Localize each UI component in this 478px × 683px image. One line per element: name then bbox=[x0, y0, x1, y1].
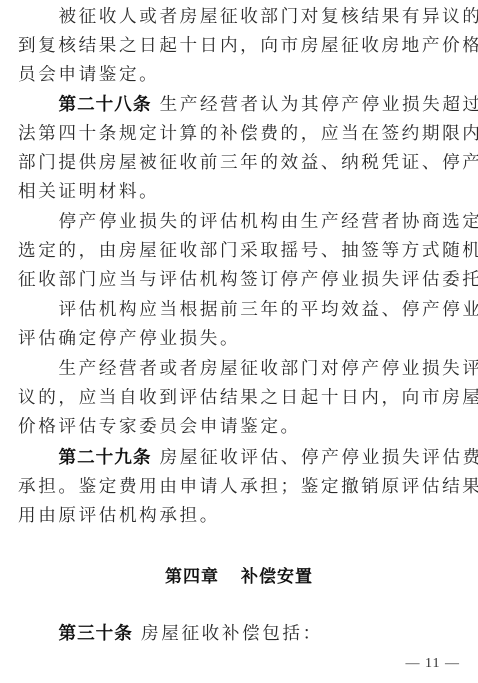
article-30: 第三十条 房屋征收补偿包括： bbox=[18, 620, 460, 649]
article-29: 第二十九条 房屋征收评估、停产停业损失评估费用由委托人 承担。鉴定费用由申请人承… bbox=[18, 444, 460, 531]
text-line: 议的，应当自收到评估结果之日起十日内，向市房屋征收房地产 bbox=[18, 384, 460, 413]
text-line: 部门提供房屋被征收前三年的效益、纳税凭证、停产停业期限等 bbox=[18, 149, 460, 178]
text-line: 评估确定停产停业损失。 bbox=[18, 325, 460, 354]
article-text: 生产经营者认为其停产停业损失超过按照本办 bbox=[151, 95, 478, 115]
chapter-number: 第四章 bbox=[165, 567, 219, 587]
text-line: 到复核结果之日起十日内，向市房屋征收房地产价格评估专家委 bbox=[18, 32, 460, 61]
article-number: 第二十九条 bbox=[58, 448, 151, 468]
text-line: 法第四十条规定计算的补偿费的，应当在签约期限内向房屋征收 bbox=[18, 120, 460, 149]
paragraph-agency-selection: 停产停业损失的评估机构由生产经营者协商选定；不能协商 选定的，由房屋征收部门采取… bbox=[18, 208, 460, 295]
page-number: — 11 — bbox=[406, 656, 460, 672]
text-line: 相关证明材料。 bbox=[18, 178, 460, 207]
text-line: 承担。鉴定费用由申请人承担；鉴定撤销原评估结果的，鉴定费 bbox=[18, 473, 460, 502]
paragraph-appraisal-objection: 生产经营者或者房屋征收部门对停产停业损失评估结果有异 议的，应当自收到评估结果之… bbox=[18, 355, 460, 442]
chapter-heading: 第四章补偿安置 bbox=[0, 562, 478, 587]
text-line: 用由原评估机构承担。 bbox=[18, 502, 460, 531]
article-text: 房屋征收评估、停产停业损失评估费用由委托人 bbox=[151, 448, 478, 468]
article-28: 第二十八条 生产经营者认为其停产停业损失超过按照本办 法第四十条规定计算的补偿费… bbox=[18, 91, 460, 207]
article-number: 第二十八条 bbox=[58, 95, 151, 115]
text-line: 评估机构应当根据前三年的平均效益、停产停业期限等因素 bbox=[18, 296, 460, 325]
paragraph-review-objection: 被征收人或者房屋征收部门对复核结果有异议的，应当自收 到复核结果之日起十日内，向… bbox=[18, 3, 460, 90]
text-line: 第二十八条 生产经营者认为其停产停业损失超过按照本办 bbox=[18, 91, 460, 120]
article-number: 第三十条 bbox=[58, 624, 132, 644]
text-line: 停产停业损失的评估机构由生产经营者协商选定；不能协商 bbox=[18, 208, 460, 237]
article-text: 房屋征收补偿包括： bbox=[133, 624, 323, 644]
text-line: 员会申请鉴定。 bbox=[18, 61, 460, 90]
text-line: 第三十条 房屋征收补偿包括： bbox=[18, 620, 460, 649]
text-line: 价格评估专家委员会申请鉴定。 bbox=[18, 413, 460, 442]
chapter-title: 补偿安置 bbox=[241, 567, 313, 587]
text-line: 征收部门应当与评估机构签订停产停业损失评估委托合同。 bbox=[18, 266, 460, 295]
paragraph-appraisal-basis: 评估机构应当根据前三年的平均效益、停产停业期限等因素 评估确定停产停业损失。 bbox=[18, 296, 460, 354]
text-line: 选定的，由房屋征收部门采取摇号、抽签等方式随机确定。房屋 bbox=[18, 237, 460, 266]
text-line: 第二十九条 房屋征收评估、停产停业损失评估费用由委托人 bbox=[18, 444, 460, 473]
text-line: 被征收人或者房屋征收部门对复核结果有异议的，应当自收 bbox=[18, 3, 460, 32]
text-line: 生产经营者或者房屋征收部门对停产停业损失评估结果有异 bbox=[18, 355, 460, 384]
